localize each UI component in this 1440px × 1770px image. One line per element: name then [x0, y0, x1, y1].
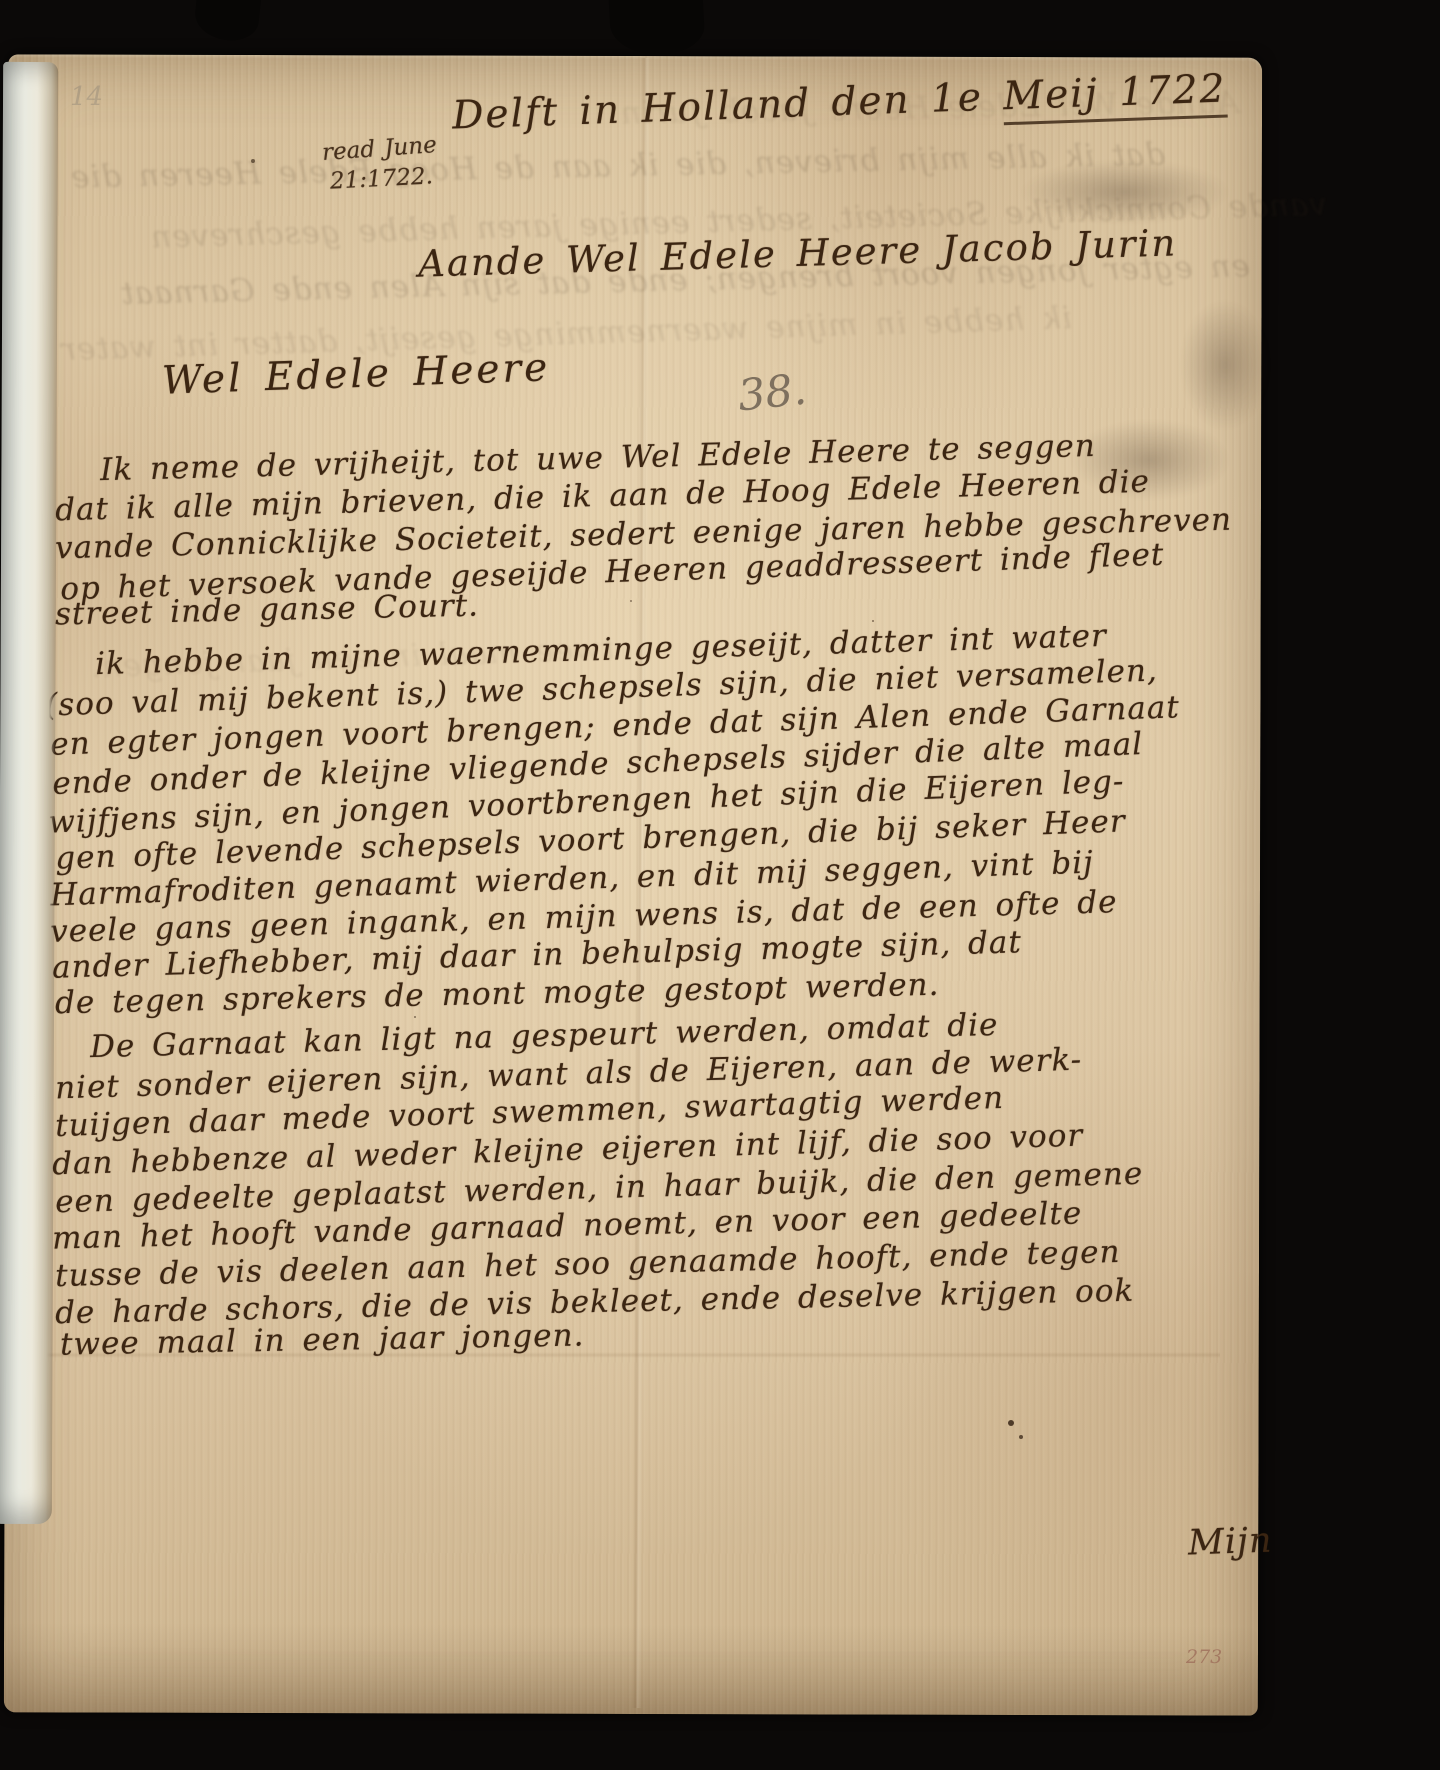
catchword: Mijn: [1187, 1521, 1273, 1564]
dateline-year-underlined: Meij 1722: [1002, 66, 1227, 125]
manuscript-scan: dat ik alle mijn brieven, die ik aan de …: [0, 0, 1440, 1770]
pencil-folio-top-left: 14: [70, 82, 103, 112]
ink-smudge: [1180, 300, 1270, 430]
clerk-read-note-line2: 21:1722.: [329, 163, 433, 194]
adjacent-page-edge: [0, 62, 58, 1524]
folio-number: 38.: [736, 365, 809, 422]
ink-specks: [1008, 1420, 1014, 1426]
ink-smudge: [1020, 160, 1230, 224]
pencil-folio-bottom-right: 273: [1186, 1646, 1222, 1668]
mounting-notch: [608, 0, 705, 56]
mounting-notch: [193, 0, 261, 43]
